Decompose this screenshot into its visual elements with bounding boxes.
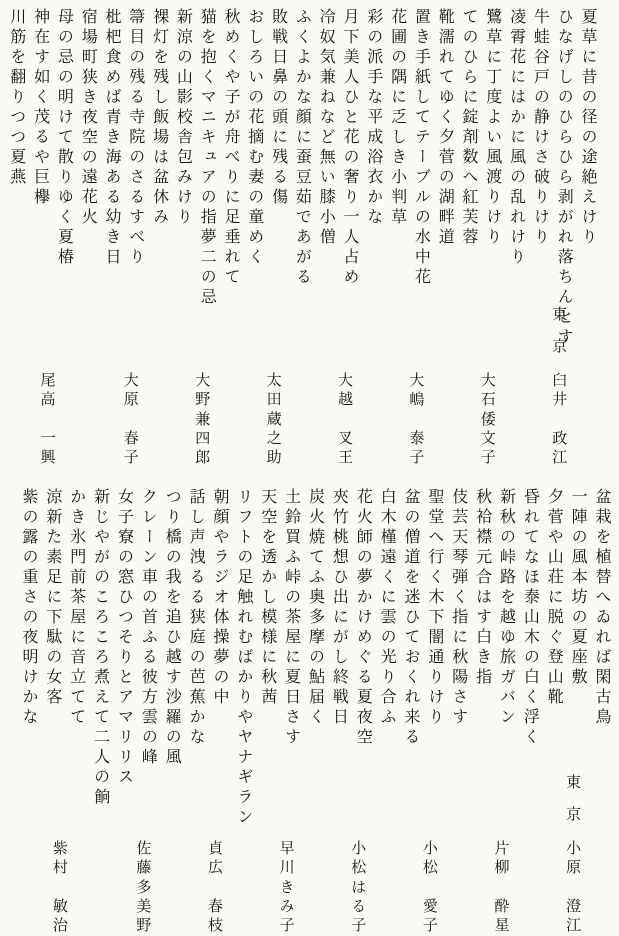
haiku-column: 秋袷襟元合はす白き指: [471, 488, 495, 688]
author-surname: 佐藤: [131, 840, 155, 878]
haiku-column: 盆の僧道を迷ひておくれ来る: [399, 488, 423, 748]
author-name: 小松はる子: [346, 840, 370, 936]
haiku-column: 猫を抱くマニキュアの指夢二の忌: [195, 8, 219, 308]
bottom-section: 盆栽を植替へゐれば閑古鳥一陣の風本坊の夏座敷夕菅や山荘に脱ぐ登山靴東京小原澄江昏…: [0, 468, 619, 936]
region-label: 東京: [547, 306, 571, 370]
author-name: 小松愛子: [418, 840, 442, 936]
author-surname: 片柳: [490, 840, 514, 878]
author-given-name: 多美野: [131, 879, 155, 936]
author-surname: 小松: [418, 840, 442, 878]
haiku-column: 敗戦日鼻の頭に残る傷: [267, 8, 291, 208]
author-given-name: 泰子: [404, 430, 428, 468]
haiku-column: かき氷門前茶屋に音立てて: [65, 488, 89, 728]
author-surname: 小原: [561, 840, 585, 878]
haiku-column: 秋めくや子が舟べりに足垂れて: [219, 8, 243, 288]
haiku-column: ひなげしのひらひら剥がれ落ちんとす: [552, 8, 576, 348]
author-given-name: 蔵之助: [262, 411, 286, 468]
haiku-column: 朝顔やラジオ体操夢の中: [208, 488, 232, 708]
haiku-column: 神在す如く茂るや巨欅: [29, 8, 53, 208]
haiku-column: 靴濡れてゆく夕菅の湖畔道: [433, 8, 457, 248]
region-label: 東京: [561, 774, 585, 838]
author-name: 小原澄江: [561, 840, 585, 936]
author-name: 臼井政江: [547, 372, 571, 468]
author-surname: 大越: [333, 372, 357, 410]
haiku-column: つり橋の我を追ひ越す沙羅の風: [160, 488, 184, 768]
haiku-column: 夕菅や山荘に脱ぐ登山靴: [542, 488, 566, 708]
haiku-column: 夏草に昔の径の途絶えけり: [576, 8, 600, 248]
author-given-name: 兼四郎: [190, 411, 214, 468]
haiku-column: 花火師の夢かけめぐる夏夜空: [351, 488, 375, 748]
author-name: 大嶋泰子: [404, 372, 428, 468]
author-given-name: 敏治: [48, 898, 72, 936]
haiku-column: てのひらに錠剤数へ紅芙蓉: [457, 8, 481, 248]
author-name: 太田蔵之助: [262, 372, 286, 468]
haiku-column: ふくよかな顔に蚕豆茹であがる: [290, 8, 314, 288]
haiku-column: 涼新た素足に下駄の女客: [41, 488, 65, 708]
haiku-column: 天空を透かし模様に秋茜: [256, 488, 280, 708]
haiku-column: 伎芸天琴弾く指に秋陽さす: [447, 488, 471, 728]
haiku-column: 母の忌の明けて散りゆく夏椿: [52, 8, 76, 268]
author-surname: 尾高: [36, 372, 60, 410]
top-section: 夏草に昔の径の途絶えけりひなげしのひらひら剥がれ落ちんとす牛蛙谷戸の静けさ破りけ…: [0, 0, 619, 468]
author-given-name: 愛子: [418, 898, 442, 936]
haiku-column: 聖堂へ行く木下闇通りけり: [423, 488, 447, 728]
author-given-name: 一興: [36, 430, 60, 468]
author-name: 大原春子: [119, 372, 143, 468]
author-surname: 早川: [275, 840, 299, 878]
haiku-column: 箒目の残る寺院のさるすべり: [124, 8, 148, 268]
haiku-column: 新秋の峠路を越ゆ旅ガバン: [495, 488, 519, 728]
author-surname: 臼井: [547, 372, 571, 410]
author-surname: 紫村: [48, 840, 72, 878]
author-surname: 大嶋: [404, 372, 428, 410]
haiku-column: 夾竹桃想ひ出にがし終戦日: [327, 488, 351, 728]
haiku-column: おしろいの花摘む妻の童めく: [243, 8, 267, 268]
author-given-name: 叉王: [333, 430, 357, 468]
author-surname: 大原: [119, 372, 143, 410]
haiku-column: 凌霄花にはかに風の乱れけり: [505, 8, 529, 268]
author-name: 紫村敏治: [48, 840, 72, 936]
haiku-column: 牛蛙谷戸の静けさ破りけり: [528, 8, 552, 248]
haiku-column: 白木槿遠くに雲の光り合ふ: [375, 488, 399, 728]
author-surname: 貞広: [203, 840, 227, 878]
haiku-column: 女子寮の窓ひつそりとアマリリス: [113, 488, 137, 788]
author-name: 片柳酔星: [490, 840, 514, 936]
haiku-column: 花圃の隅に乏しき小判草: [386, 8, 410, 228]
author-surname: 大石: [476, 372, 500, 410]
haiku-column: 月下美人ひと花の奢り一人占め: [338, 8, 362, 288]
author-given-name: 酔星: [490, 898, 514, 936]
author-given-name: 政江: [547, 430, 571, 468]
haiku-column: 話し声洩るる狭庭の芭蕉かな: [184, 488, 208, 748]
haiku-column: 川筋を翻りつつ夏燕: [5, 8, 29, 188]
author-given-name: 春枝: [203, 898, 227, 936]
author-name: 尾高一興: [36, 372, 60, 468]
haiku-column: 土鈴買ふ峠の茶屋に夏日さす: [280, 488, 304, 748]
author-name: 大石倭文子: [476, 372, 500, 468]
haiku-column: 裸灯を残し飯場は盆休み: [148, 8, 172, 228]
haiku-column: 炭火焼てふ奥多摩の鮎届く: [304, 488, 328, 728]
haiku-column: 彩の派手な平成浴衣かな: [362, 8, 386, 228]
author-given-name: 倭文子: [476, 411, 500, 468]
author-name: 大野兼四郎: [190, 372, 214, 468]
haiku-column: リフトの足触れむばかりやヤナギラン: [232, 488, 256, 828]
author-name: 大越叉王: [333, 372, 357, 468]
haiku-column: クレーン車の首ふる彼方雲の峰: [136, 488, 160, 768]
haiku-column: 鷺草に丁度よい風渡りけり: [481, 8, 505, 248]
haiku-column: 枇杷食めば青き海ある幼き日: [100, 8, 124, 268]
author-surname: 大野: [190, 372, 214, 410]
author-name: 貞広春枝: [203, 840, 227, 936]
haiku-column: 冷奴気兼ねなど無い膝小僧: [314, 8, 338, 248]
author-given-name: 春子: [119, 430, 143, 468]
author-surname: 太田: [262, 372, 286, 410]
author-given-name: きみ子: [275, 879, 299, 936]
haiku-column: 宿場町狭き夜空の遠花火: [76, 8, 100, 228]
author-name: 早川きみ子: [275, 840, 299, 936]
scanned-haiku-page: { "page": { "background_color": "#fbfaf6…: [0, 0, 619, 936]
haiku-column: 置き手紙してテーブルの水中花: [409, 8, 433, 288]
author-given-name: 澄江: [561, 898, 585, 936]
haiku-column: 盆栽を植替へゐれば閑古鳥: [590, 488, 614, 728]
haiku-column: 新じやがのころころ煮えて二人の餉: [89, 488, 113, 808]
author-surname: 小松: [346, 840, 370, 878]
haiku-column: 一陣の風本坊の夏座敷: [566, 488, 590, 688]
haiku-column: 紫の露の重さの夜明けかな: [17, 488, 41, 728]
haiku-column: 新涼の山影校舎包みけり: [171, 8, 195, 228]
haiku-column: 昏れてなほ泰山木の白く浮く: [518, 488, 542, 748]
author-given-name: はる子: [346, 879, 370, 936]
author-name: 佐藤多美野: [131, 840, 155, 936]
